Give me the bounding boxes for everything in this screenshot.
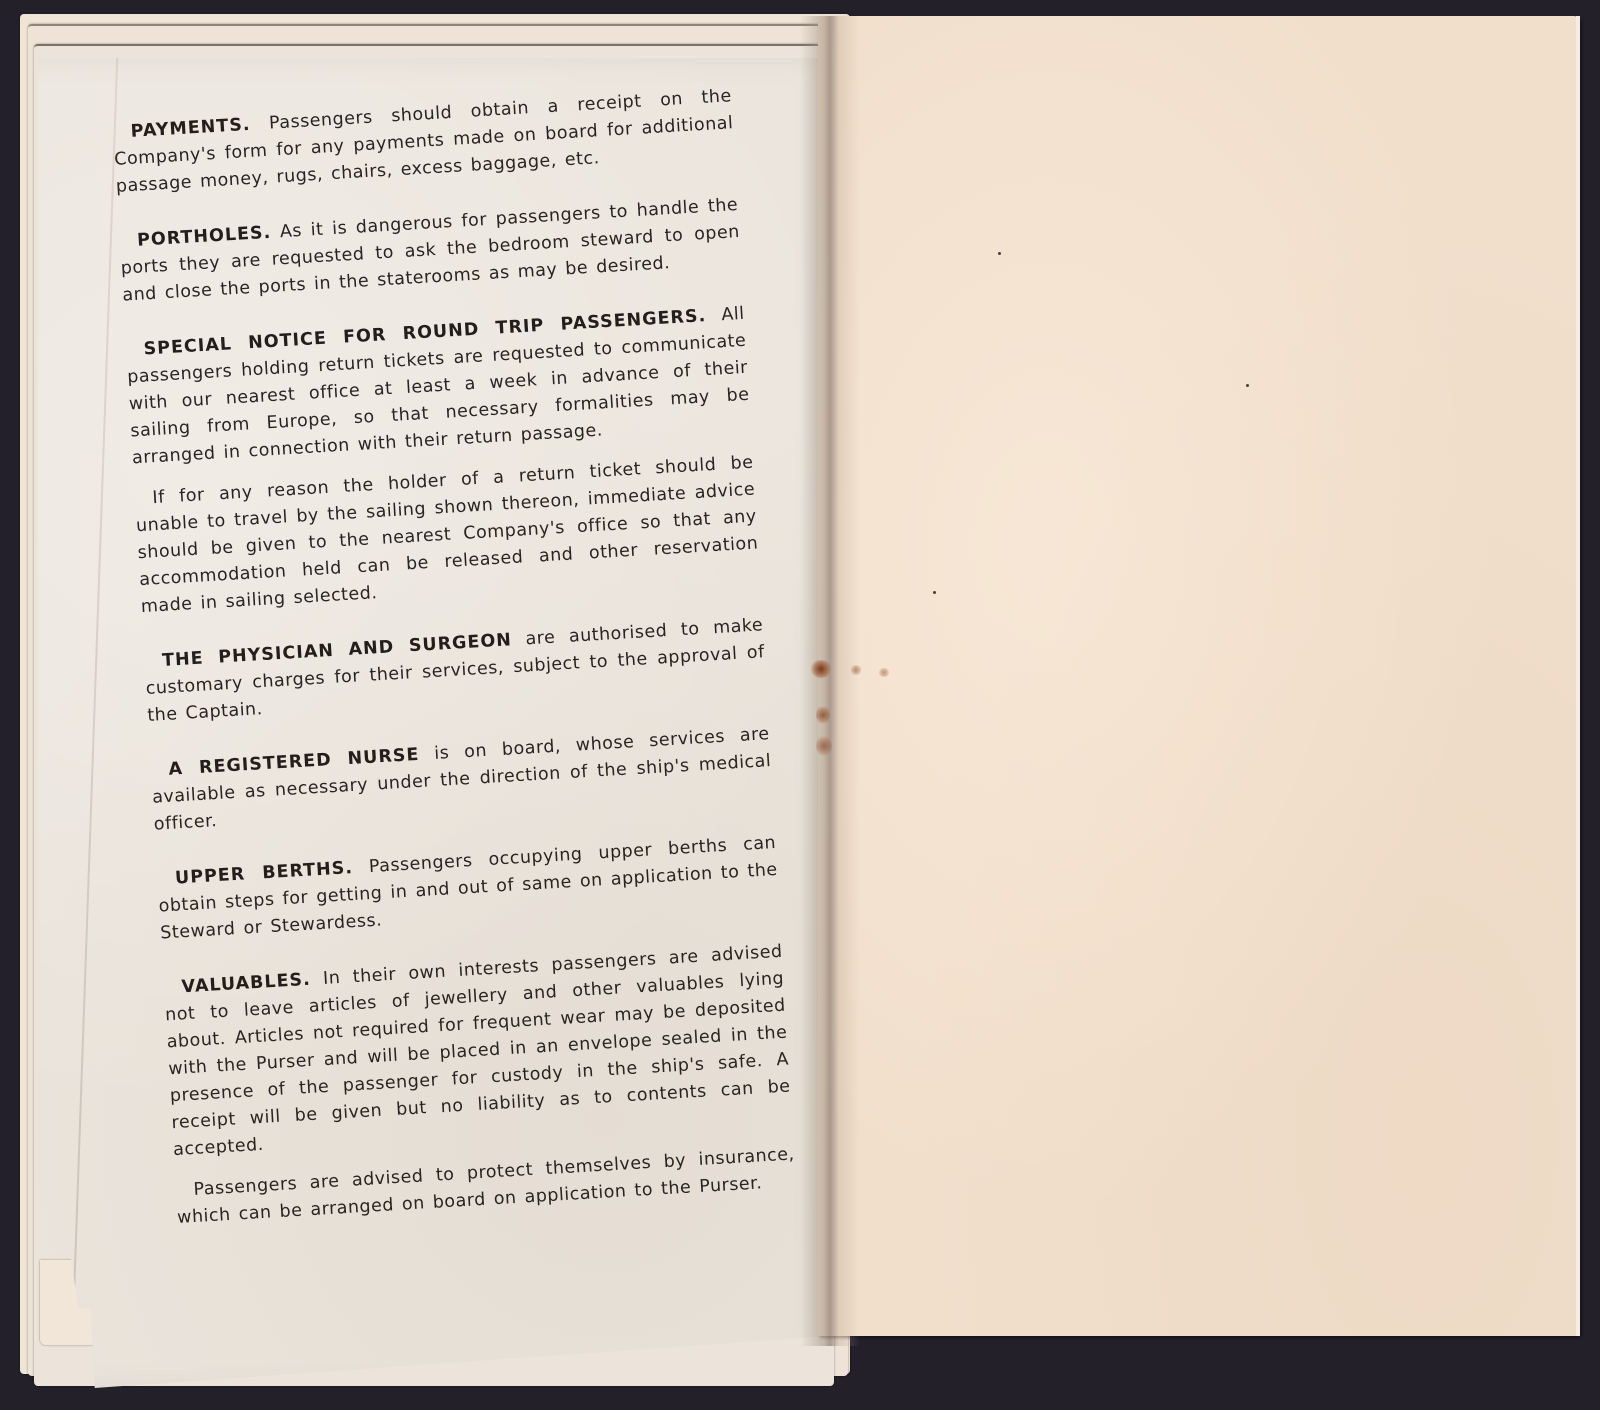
rust-stain xyxy=(878,668,890,677)
section-heading: UPPER BERTHS. xyxy=(175,858,354,889)
section-heading: PORTHOLES. xyxy=(137,223,272,251)
section-upper-berths: UPPER BERTHS. Passengers occupying upper… xyxy=(156,830,780,948)
left-page-text: PAYMENTS. Passengers should obtain a rec… xyxy=(112,83,799,1260)
section-round-trip-continued: If for any reason the holder of a return… xyxy=(134,450,761,622)
book-spine-gutter xyxy=(800,16,860,1346)
section-body: are authorised to make customary charges… xyxy=(145,615,765,726)
section-portholes: PORTHOLES. As it is dangerous for passen… xyxy=(118,192,742,310)
rust-stain xyxy=(850,665,862,675)
paper-speck xyxy=(998,252,1001,255)
section-body: Passengers occupying upper berths can ob… xyxy=(158,833,778,944)
paper-speck xyxy=(1246,384,1249,387)
section-valuables: VALUABLES. In their own interests passen… xyxy=(163,939,793,1164)
rust-stain xyxy=(810,660,832,678)
section-nurse: A REGISTERED NURSE is on board, whose se… xyxy=(150,721,774,839)
section-body: If for any reason the holder of a return… xyxy=(136,453,759,618)
section-body: As it is dangerous for passengers to han… xyxy=(120,195,740,306)
section-heading: PAYMENTS. xyxy=(130,115,251,142)
rust-stain xyxy=(816,705,830,725)
section-body: is on board, whose services are availabl… xyxy=(152,724,772,835)
section-round-trip: SPECIAL NOTICE FOR ROUND TRIP PASSENGERS… xyxy=(125,301,752,473)
paper-speck xyxy=(933,591,936,594)
rust-stain xyxy=(816,735,832,757)
right-page-blank xyxy=(818,16,1580,1336)
section-heading: VALUABLES. xyxy=(181,970,311,998)
section-physician: THE PHYSICIAN AND SURGEON are authorised… xyxy=(143,612,767,730)
